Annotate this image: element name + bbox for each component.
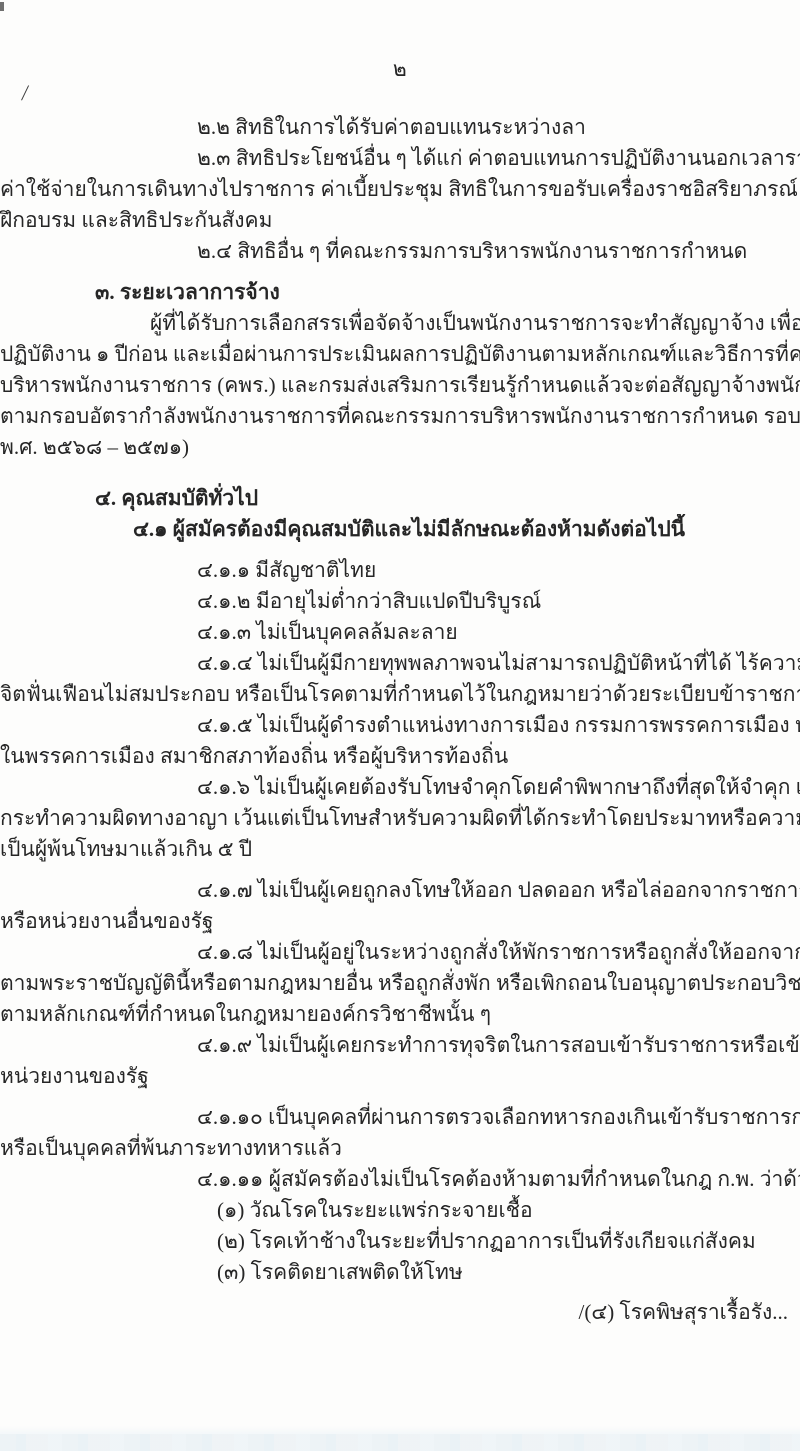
text-line: ๔. คุณสมบัติทั่วไป: [0, 483, 800, 514]
scanned-document-page: ๒ / ๒.๒ สิทธิในการได้รับค่าตอบแทนระหว่าง…: [0, 0, 800, 1451]
text-line: ในพรรคการเมือง สมาชิกสภาท้องถิ่น หรือผู้…: [0, 741, 800, 772]
text-line: พ.ศ. ๒๕๖๘ – ๒๕๗๑): [0, 432, 800, 463]
scan-speck: [0, 2, 4, 11]
text-line: ๔.๑ ผู้สมัครต้องมีคุณสมบัติและไม่มีลักษณ…: [0, 514, 800, 545]
text-line: ๔.๑.๑ มีสัญชาติไทย: [0, 555, 800, 586]
text-line: จิตฟั่นเฟือนไม่สมประกอบ หรือเป็นโรคตามที…: [0, 679, 800, 710]
text-line: ตามพระราชบัญญัตินี้หรือตามกฎหมายอื่น หรื…: [0, 968, 800, 999]
text-line: (๓) โรคติดยาเสพติดให้โทษ: [0, 1257, 800, 1288]
document-body: ๒.๒ สิทธิในการได้รับค่าตอบแทนระหว่างลา๒.…: [0, 112, 800, 1288]
page-number: ๒: [0, 53, 800, 86]
text-line: บริหารพนักงานราชการ (คพร.) และกรมส่งเสริ…: [0, 370, 800, 401]
text-line: (๒) โรคเท้าช้างในระยะที่ปรากฏอาการเป็นที…: [0, 1226, 800, 1257]
text-line: ๔.๑.๒ มีอายุไม่ต่ำกว่าสิบแปดปีบริบูรณ์: [0, 586, 800, 617]
text-line: หรือหน่วยงานอื่นของรัฐ: [0, 906, 800, 937]
text-line: ๔.๑.๑๐ เป็นบุคคลที่ผ่านการตรวจเลือกทหารก…: [0, 1102, 800, 1133]
text-line: ๒.๔ สิทธิอื่น ๆ ที่คณะกรรมการบริหารพนักง…: [0, 236, 800, 267]
text-line: ตามกรอบอัตรากำลังพนักงานราชการที่คณะกรรม…: [0, 401, 800, 432]
text-line: กระทำความผิดทางอาญา เว้นแต่เป็นโทษสำหรับ…: [0, 803, 800, 834]
text-line: (๑) วัณโรคในระยะแพร่กระจายเชื้อ: [0, 1195, 800, 1226]
text-line: ค่าใช้จ่ายในการเดินทางไปราชการ ค่าเบี้ยป…: [0, 174, 800, 205]
text-line: ๔.๑.๑๑ ผู้สมัครต้องไม่เป็นโรคต้องห้ามตาม…: [0, 1164, 800, 1195]
text-line: ๔.๑.๕ ไม่เป็นผู้ดำรงตำแหน่งทางการเมือง ก…: [0, 710, 800, 741]
text-line: ปฏิบัติงาน ๑ ปีก่อน และเมื่อผ่านการประเม…: [0, 339, 800, 370]
text-line: ๒.๒ สิทธิในการได้รับค่าตอบแทนระหว่างลา: [0, 112, 800, 143]
scan-artifact-band: [0, 1434, 800, 1451]
continuation-note: /(๔) โรคพิษสุราเรื้อรัง...: [579, 1296, 789, 1329]
text-line: หน่วยงานของรัฐ: [0, 1061, 800, 1092]
text-line: ผู้ที่ได้รับการเลือกสรรเพื่อจัดจ้างเป็นพ…: [0, 308, 800, 339]
text-line: ฝึกอบรม และสิทธิประกันสังคม: [0, 205, 800, 236]
text-line: ๒.๓ สิทธิประโยชน์อื่น ๆ ได้แก่ ค่าตอบแทน…: [0, 143, 800, 174]
text-line: ๔.๑.๙ ไม่เป็นผู้เคยกระทำการทุจริตในการสอ…: [0, 1030, 800, 1061]
text-line: ๔.๑.๓ ไม่เป็นบุคคลล้มละลาย: [0, 617, 800, 648]
text-line: ๔.๑.๔ ไม่เป็นผู้มีกายทุพพลภาพจนไม่สามารถ…: [0, 648, 800, 679]
text-line: ตามหลักเกณฑ์ที่กำหนดในกฎหมายองค์กรวิชาชี…: [0, 999, 800, 1030]
text-line: ๓. ระยะเวลาการจ้าง: [0, 277, 800, 308]
text-line: ๔.๑.๖ ไม่เป็นผู้เคยต้องรับโทษจำคุกโดยคำพ…: [0, 772, 800, 803]
text-line: ๔.๑.๘ ไม่เป็นผู้อยู่ในระหว่างถูกสั่งให้พ…: [0, 937, 800, 968]
text-line: ๔.๑.๗ ไม่เป็นผู้เคยถูกลงโทษให้ออก ปลดออก…: [0, 875, 800, 906]
text-line: เป็นผู้พ้นโทษมาแล้วเกิน ๕ ปี: [0, 834, 800, 865]
text-line: หรือเป็นบุคคลที่พ้นภาระทางทหารแล้ว: [0, 1133, 800, 1164]
